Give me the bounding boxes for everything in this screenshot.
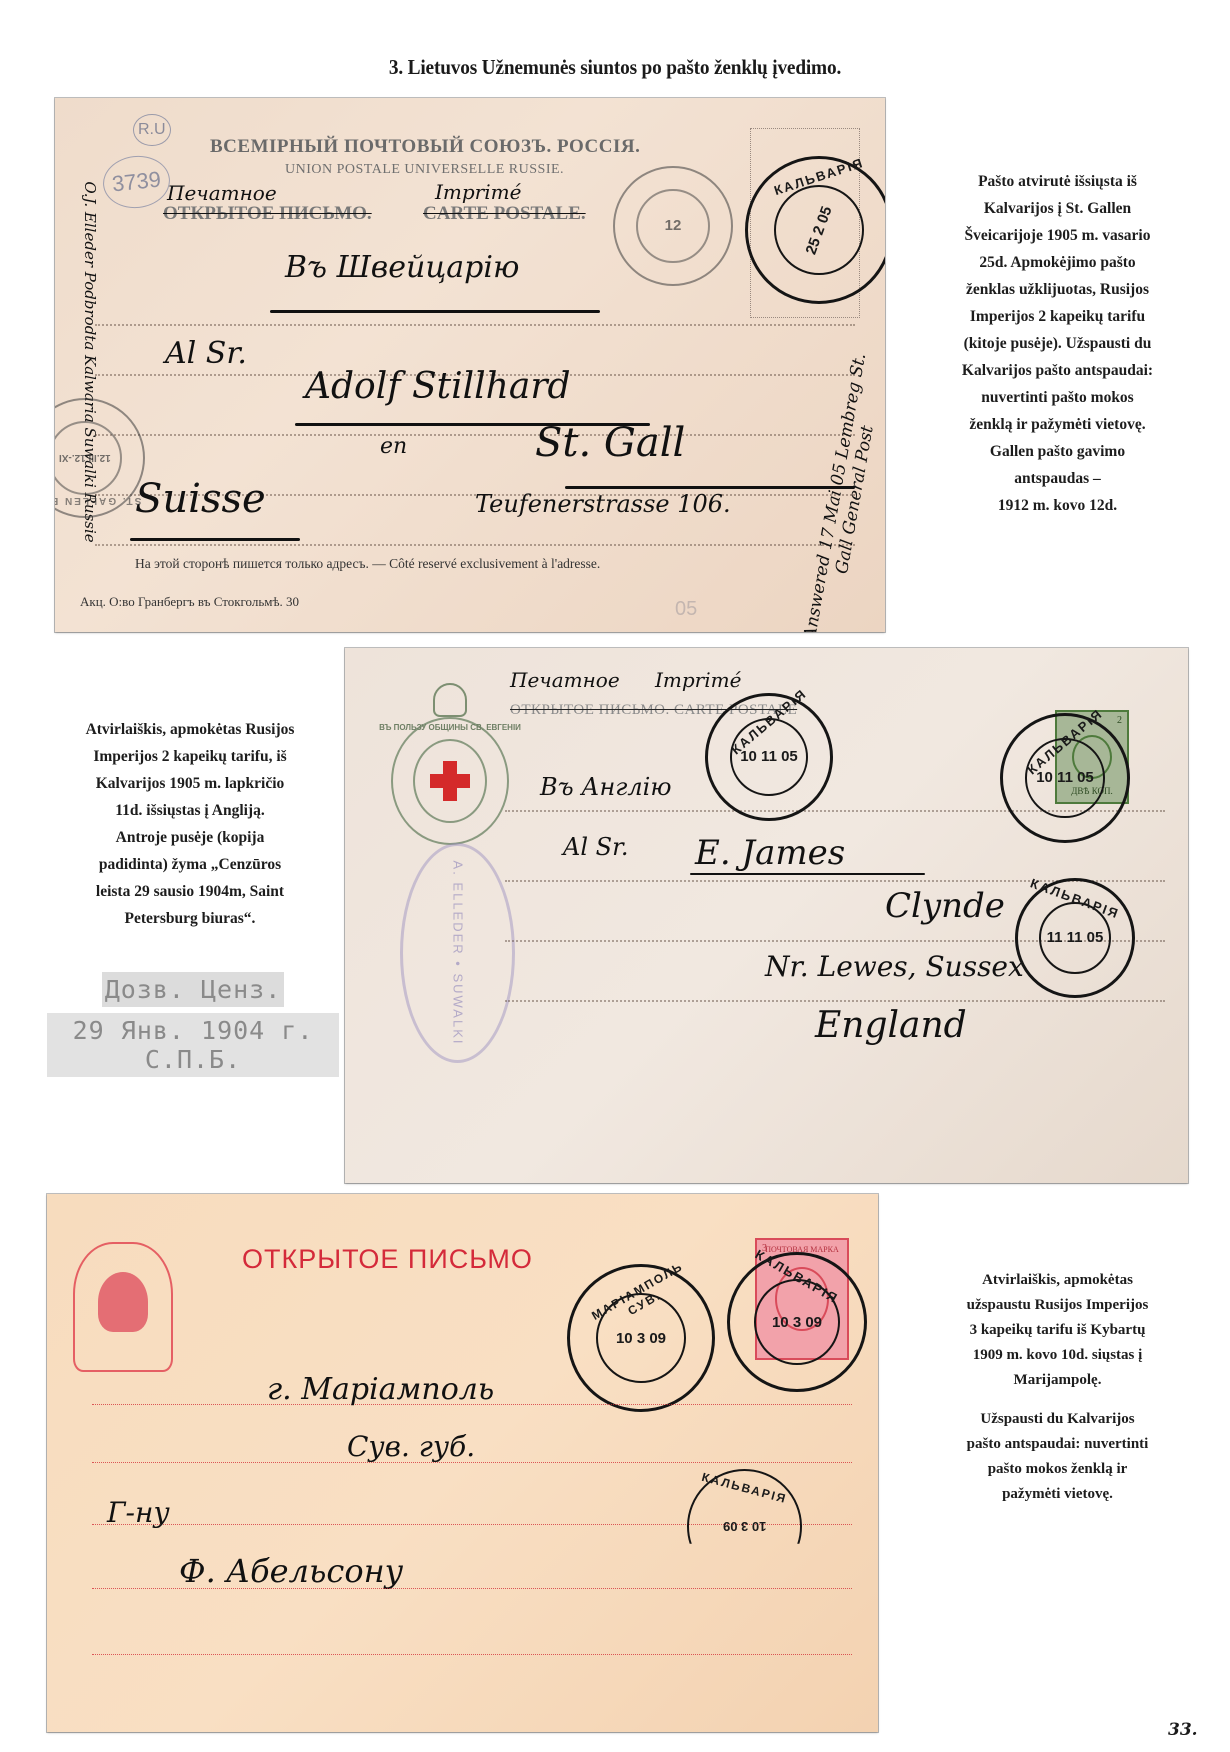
destination-ru: Въ Англiю xyxy=(540,773,671,801)
postmark-kalvarija-location: КАЛЬВАРIЯ 10 3 09 xyxy=(687,1469,802,1584)
country-name: Suisse xyxy=(135,476,266,522)
postmark-kalvarija-1: КАЛЬВАРIЯ 10 11 05 xyxy=(705,693,833,821)
imperial-eagle-emblem xyxy=(73,1242,173,1372)
address-line3: Г-ну xyxy=(107,1496,170,1529)
censor-line1: Дозв. Ценз. xyxy=(102,972,283,1007)
footer-note: На этой сторонѣ пишется только адресъ. —… xyxy=(135,556,600,572)
postcard-switzerland: O.J. Elleder Podbrodta Kalwaria Suwalki … xyxy=(55,98,885,632)
publisher-line: Акц. О:во Гранбергъ въ Стокгольмѣ. 30 xyxy=(80,594,299,610)
caption-card1: Pašto atvirutė išsiųsta iš Kalvarijos į … xyxy=(925,168,1190,519)
oval-cachet: A. ELLEDER • SUWALKI xyxy=(400,843,515,1063)
salutation: Al Sr. xyxy=(563,833,629,861)
postmark-kalvarija-cancel: КАЛЬВАРIЯ 10 3 09 xyxy=(727,1252,867,1392)
destination-ru: Въ Швейцарiю xyxy=(285,250,519,285)
street-address: Teufenerstrasse 106. xyxy=(475,490,731,518)
postmark-st-gallen-arrival: ST. GALLEN EXP. 12.III.12.-XI xyxy=(55,398,145,518)
recipient-name: E. James xyxy=(695,833,845,873)
postmark-kalvarija-3: КАЛЬВАРIЯ 11 11 05 xyxy=(1015,878,1135,998)
address-line3: Nr. Lewes, Sussex xyxy=(765,950,1024,983)
censor-mark-enlarged: Дозв. Ценз. 29 Янв. 1904 г. С.П.Б. xyxy=(47,972,339,1077)
city-name: St. Gall xyxy=(535,420,685,466)
pencil-mark-05: 05 xyxy=(675,598,697,621)
double-headed-eagle-icon xyxy=(98,1272,148,1332)
salutation: Al Sr. xyxy=(165,336,247,371)
printed-matter-fr: Imprimé xyxy=(435,180,521,204)
caption-card2: Atvirlaiškis, apmokėtas Rusijos Imperijo… xyxy=(35,716,345,932)
postcard-england: ВЪ ПОЛЬЗУ ОБЩИНЫ СВ. ЕВГЕНIИ A. ELLEDER … xyxy=(345,648,1188,1183)
red-cross-icon xyxy=(430,761,470,801)
pencil-mark-number: 3739 xyxy=(100,153,172,212)
postcard-marijampole: ОТКРЫТОЕ ПИСЬМО ПОЧТОВАЯ МАРКА 3 МАРIАМП… xyxy=(47,1194,878,1732)
printed-matter-ru: Печатное xyxy=(510,668,620,692)
address-line4: Ф. Абельсону xyxy=(179,1552,403,1590)
town-name: Clynde xyxy=(885,886,1005,926)
card-type-ru: ОТКРЫТОЕ ПИСЬМО. xyxy=(163,203,372,225)
caption-card3: Atvirlaiškis, apmokėtas užspaustu Rusijo… xyxy=(925,1268,1190,1507)
address-line1: г. Марiамполь xyxy=(267,1372,494,1407)
printed-matter-ru: Печатное xyxy=(167,181,277,205)
postmark-marijampole: МАРIАМПОЛЬ СУВ. 10 3 09 xyxy=(567,1264,715,1412)
postmark-kalvarija-2: КАЛЬВАРIЯ 10 11 05 xyxy=(1000,713,1130,843)
crown-icon xyxy=(433,683,467,717)
postmark-transit: 12 xyxy=(613,166,733,286)
censor-line2: 29 Янв. 1904 г. С.П.Б. xyxy=(47,1013,339,1077)
postmark-kalvarija: КАЛЬВАРIЯ 25 2 05 xyxy=(745,156,885,304)
address-line2: Сув. губ. xyxy=(347,1430,475,1463)
side-handwriting-right: Answered 17 Mai 05 Lembreg St. Gall Gene… xyxy=(798,337,885,632)
page-title: 3. Lietuvos Užnemunės siuntos po pašto ž… xyxy=(49,55,1181,80)
country-name: England xyxy=(815,1005,967,1046)
pencil-mark-ru: R.U xyxy=(133,114,171,146)
header-russian: ВСЕМIРНЫЙ ПОЧТОВЫЙ СОЮЗЪ. РОССIЯ. xyxy=(210,136,640,158)
recipient-name: Adolf Stillhard xyxy=(305,366,571,407)
red-cross-emblem: ВЪ ПОЛЬЗУ ОБЩИНЫ СВ. ЕВГЕНIИ xyxy=(375,683,525,863)
card-type-fr: CARTE POSTALE. xyxy=(423,203,586,225)
page-number: 33. xyxy=(1168,1720,1198,1740)
card-type-heading: ОТКРЫТОЕ ПИСЬМО xyxy=(242,1244,533,1275)
printed-matter-fr: Imprimé xyxy=(655,668,741,692)
side-handwriting-left: O.J. Elleder Podbrodta Kalwaria Suwalki … xyxy=(81,112,99,612)
en-word: en xyxy=(380,434,407,459)
header-french: UNION POSTALE UNIVERSELLE RUSSIE. xyxy=(285,162,564,178)
